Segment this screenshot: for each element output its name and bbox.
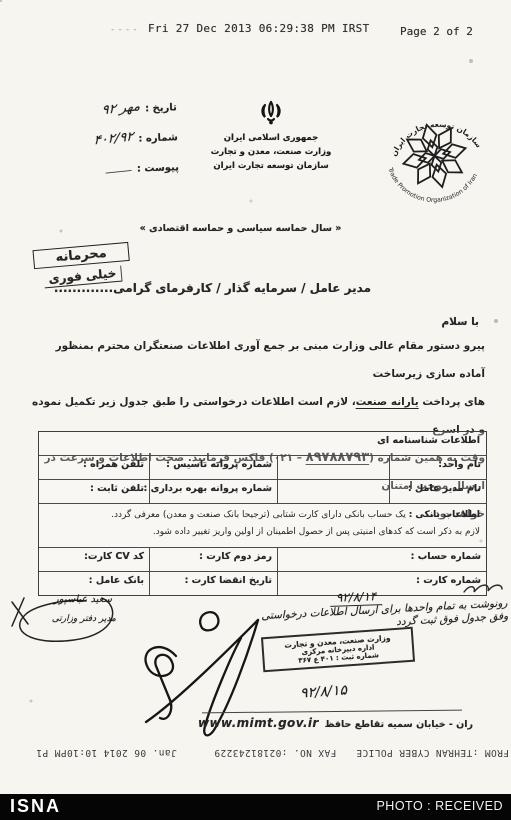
bank-note-line-1: اطلاعات بانکی : یک حساب بانکی دارای کارت… xyxy=(45,507,480,524)
fax-header-dashes: ---- xyxy=(110,25,140,35)
office-director-stamp: سعید عباسپور مدیر دفتر وزارتی xyxy=(6,586,124,658)
attachment-value: ــــــــ xyxy=(105,161,132,177)
greeting-line: با سلام xyxy=(441,316,479,328)
isna-logo: ISNA xyxy=(10,796,61,817)
photo-credit: PHOTO : RECEIVED xyxy=(376,799,503,813)
org-ministry: وزارت صنعت، معدن و تجارت xyxy=(196,145,346,159)
year-slogan: « سال حماسه سیاسی و حماسه اقتصادی » xyxy=(0,223,481,234)
manager-name-blank-cell xyxy=(278,480,390,503)
operation-license-label: شماره پروانه بهره برداری : xyxy=(150,480,278,503)
iran-emblem-icon xyxy=(256,98,286,128)
bank-info-label: اطلاعات بانکی : xyxy=(409,510,480,520)
number-value-handwritten: ۴۰۲/۹۲ xyxy=(93,129,134,148)
bank-note-line-2: لازم به ذکر است که کدهای امنیتی پس از حص… xyxy=(45,524,480,541)
address-line: ران - خیابان سمیه تقاطع حافظ xyxy=(325,719,473,730)
card-expiry-label: تاریخ انقضا کارت : xyxy=(150,572,278,595)
row-manager: نام مدیر عامل : شماره پروانه بهره برداری… xyxy=(39,479,486,503)
manager-name-label: نام مدیر عامل : xyxy=(390,480,486,494)
row-account: شماره حساب : رمز دوم کارت : کد CV کارت: xyxy=(39,547,486,571)
letterhead-meta: تاریخ : مهر ۹۲ شماره : ۴۰۲/۹۲ پیوست : ــ… xyxy=(16,95,179,191)
landline-phone-label: تلفن ثابت : xyxy=(39,480,150,503)
meta-attachment-row: پیوست : ــــــــ xyxy=(19,155,180,191)
mobile-phone-label: تلفن همراه : xyxy=(39,456,150,479)
bank-note-text-1: یک حساب بانکی دارای کارت شتابی (ترجیحا ب… xyxy=(111,510,409,520)
date-value-handwritten: مهر ۹۲ xyxy=(101,99,141,118)
website-url: www.mimt.gov.ir xyxy=(198,716,319,730)
scan-noise xyxy=(0,0,2,2)
attachment-label: پیوست : xyxy=(137,162,179,174)
director-title: مدیر دفتر وزارتی xyxy=(52,614,116,624)
org-name: سازمان توسعه تجارت ایران xyxy=(196,159,346,173)
section-header-text: اطلاعات شناسنامه ای xyxy=(377,435,480,446)
body-line-1: پیرو دستور مقام عالی وزارت مبنی بر جمع آ… xyxy=(32,332,485,388)
account-number-label: شماره حساب : xyxy=(278,548,486,562)
caption-bar: ISNA PHOTO : RECEIVED xyxy=(0,794,511,820)
body-line-2a: های پرداخت xyxy=(419,396,485,408)
subsidy-underlined: یارانه صنعت xyxy=(356,396,419,408)
bank-note-text-2: لازم به ذکر است که کدهای امنیتی پس از حص… xyxy=(153,527,480,537)
fax-footer-from-text: FROM :TEHRAN CYBER POLICE xyxy=(356,747,509,758)
cv-code-label: کد CV کارت: xyxy=(39,548,150,571)
unit-name-label: نام واحد: xyxy=(390,456,486,470)
fax-timestamp: Fri 27 Dec 2013 06:29:38 PM IRST xyxy=(148,22,370,35)
table-section-header: اطلاعات شناسنامه ای xyxy=(39,432,486,455)
fax-footer-number: FAX NO. :02181243229 xyxy=(214,740,336,759)
date-label: تاریخ : xyxy=(145,102,177,114)
salutation-line: مدیر عامل / سرمایه گذار / کارفرمای گرامی… xyxy=(54,281,371,295)
fax-page-number: Page 2 of 2 xyxy=(400,25,473,38)
director-name: سعید عباسپور xyxy=(54,594,112,605)
row-bank-note: اطلاعات بانکی : یک حساب بانکی دارای کارت… xyxy=(39,503,486,547)
row-unit: نام واحد: شماره پروانه تاسیس : تلفن همرا… xyxy=(39,455,486,479)
establishment-license-label: شماره پروانه تاسیس : xyxy=(150,456,278,479)
stamp-date: ۹۲/۸/۱۵ xyxy=(299,682,347,701)
unit-name-blank-cell xyxy=(278,456,390,479)
scanned-letter-page: ---- Fri 27 Dec 2013 06:29:38 PM IRST Pa… xyxy=(0,0,511,820)
second-pin-label: رمز دوم کارت : xyxy=(150,548,278,571)
letterhead-center: جمهوری اسلامی ایران وزارت صنعت، معدن و ت… xyxy=(196,98,346,173)
number-label: شماره : xyxy=(138,132,178,144)
fax-footer-from: FROM :TEHRAN CYBER POLICE xyxy=(356,740,509,759)
tpo-logo: سازمان توسعه تجارت ایران Trade Promotion… xyxy=(361,81,506,226)
fax-footer-datetime-text: Jan. 06 2014 10:10PM P1 xyxy=(36,747,177,758)
card-number-label: شماره کارت : xyxy=(278,572,486,586)
org-country: جمهوری اسلامی ایران xyxy=(196,131,346,145)
info-table: اطلاعات شناسنامه ای نام واحد: شماره پروا… xyxy=(38,431,487,596)
fax-footer-number-text: FAX NO. :02181243229 xyxy=(214,747,336,758)
fax-footer-datetime: Jan. 06 2014 10:10PM P1 xyxy=(36,740,177,759)
